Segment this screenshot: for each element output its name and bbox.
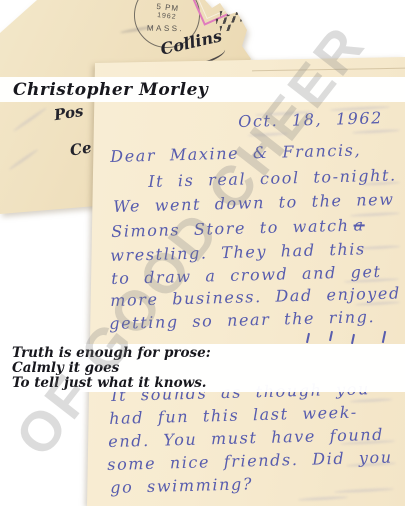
quote-author: Christopher Morley <box>13 80 208 100</box>
scanned-letter-photo: 5 PM 1962 MASS. Collins Pos Ce Oct. 18, … <box>0 0 405 506</box>
quote-line: Calmly it goes <box>12 360 119 376</box>
letter-line: go swimming? <box>110 474 253 497</box>
quote-line: To tell just what it knows. <box>12 375 207 391</box>
quote-line: Truth is enough for prose: <box>12 345 211 361</box>
struck-word: a <box>353 215 365 234</box>
